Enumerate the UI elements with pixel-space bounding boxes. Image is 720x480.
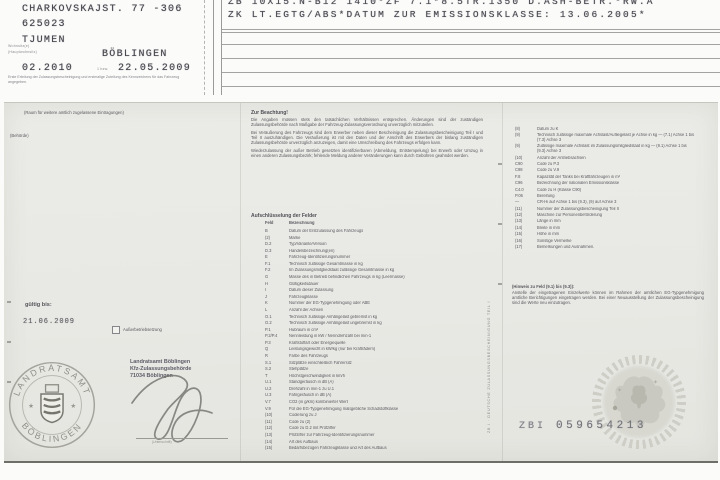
edge-mark	[7, 341, 11, 343]
field-row: V.9 Für die EG-Typgenehmigung maßgeblich…	[265, 407, 485, 412]
field-code: J	[265, 295, 289, 300]
field-row: (11) Code zu (2)	[265, 420, 485, 425]
field-row: B Datum der Erstzulassung des Fahrzeugs	[265, 229, 485, 234]
field-code: P.06	[515, 194, 537, 199]
field-description: Technisch zulässige Anhängelast ungebrem…	[289, 321, 485, 326]
remarks-line-2: ZK LT.EGTG/ABS*DATUM ZUR EMISSIONSKLASSE…	[228, 9, 647, 20]
field-code: O.1	[265, 315, 289, 320]
field-code: H	[265, 282, 289, 287]
field-description: CO2 (in g/km) kombinierter Wert	[289, 400, 485, 405]
field-description: Datum zu K	[537, 127, 695, 132]
field-row: D.2 Typ/Variante/Version	[265, 242, 485, 247]
field-description: Datum der Erstzulassung des Fahrzeugs	[289, 229, 485, 234]
field-description: Anzahl der Antriebsachsen	[537, 156, 695, 161]
field-description: Technisch zulässige Anhängelast gebremst…	[289, 315, 485, 320]
field-row: (11) Nummer der Zulassungsbescheinigung …	[515, 207, 695, 212]
field-description: Prüfziffer zur Fahrzeug-Identifizierungs…	[289, 433, 485, 438]
field-row: (17) Bemerkungen und Ausnahmen.	[515, 245, 695, 250]
fold-line-left	[240, 103, 241, 461]
field-row: Q Leistungsgewicht in kW/kg (nur bei Kra…	[265, 347, 485, 352]
axle-note-text: Anstelle der eingetragenen Einzelwerte k…	[512, 291, 704, 306]
field-description: Für die EG-Typgenehmigung maßgebliche Sc…	[289, 407, 485, 412]
field-description: Maschine zur Personenbeförderung	[537, 213, 695, 218]
field-description: Fahrgeräusch in dB (A)	[289, 393, 485, 398]
signature: (Unterschrift)	[128, 367, 228, 447]
ruled-line	[222, 58, 720, 59]
date-month: 02.2010	[22, 63, 73, 74]
field-description: Gültigkeitsdauer	[289, 282, 485, 287]
field-label-residence: Wohnsitz(e)	[8, 44, 29, 48]
field-description: Datum dieser Zulassung	[289, 288, 485, 293]
field-description: Nennleistung in kW / Nenndrehzahl bei mi…	[289, 334, 485, 339]
field-row: (13) Prüfziffer zur Fahrzeug-Identifizie…	[265, 433, 485, 438]
field-code: V.7	[265, 400, 289, 405]
field-description: Handelsbezeichnung(en)	[289, 249, 485, 254]
field-code: (10)	[265, 413, 289, 418]
field-code: D.2	[265, 242, 289, 247]
field-description: Code zu V.9	[537, 168, 695, 173]
field-code: (16)	[515, 239, 537, 244]
field-row: F.2 Im Zulassungsmitgliedstaat zulässige…	[265, 268, 485, 273]
field-row: (14) Art des Aufbaus	[265, 440, 485, 445]
field-row: S.2 Stehplätze	[265, 367, 485, 372]
field-description: Nummer der Zulassungsbescheinigung Teil …	[537, 207, 695, 212]
field-code: I	[265, 288, 289, 293]
field-row: (10) Codierung zu J	[265, 413, 485, 418]
notice-paragraph: Bei Veräußerung des Fahrzeugs sind dem E…	[251, 131, 483, 146]
date-separator: 1 bzw.	[97, 67, 108, 71]
field-code: F.1	[265, 262, 289, 267]
field-row: (13) Länge in mm	[515, 219, 695, 224]
field-code: G	[265, 275, 289, 280]
field-description: Nummer der EG-Typgenehmigung oder ABE	[289, 301, 485, 306]
field-row: (12) Code zu D.2 mit Prüfziffer	[265, 426, 485, 431]
field-code: (8)	[515, 127, 537, 132]
embossed-seal: ✦ ✦	[592, 355, 686, 449]
field-description: Code zu D.2 mit Prüfziffer	[289, 426, 485, 431]
field-code: U.1	[265, 380, 289, 385]
field-code: B	[265, 229, 289, 234]
field-row: C90 Code zu P.3	[515, 162, 695, 167]
field-row: (12) Maschine zur Personenbeförderung	[515, 213, 695, 218]
field-description: Technisch zulässige maximale Achslast/Au…	[537, 133, 695, 142]
official-stamp: LANDRATSAMT BÖBLINGEN ★ ★	[6, 359, 98, 451]
fields-header-code: Feld	[265, 221, 289, 226]
field-row: P.2/P.4 Nennleistung in kW / Nenndrehzah…	[265, 334, 485, 339]
vertical-divider-1	[213, 0, 214, 95]
field-description: CR-Hi auf Achse 1 bis (9.3), (9) auf Ach…	[537, 200, 695, 205]
field-code: P.3	[265, 341, 289, 346]
field-code: P.2/P.4	[265, 334, 289, 339]
field-description: Im Zulassungsmitgliedstaat zulässige Ges…	[289, 268, 485, 273]
field-row: (9) Zulässige maximale Achslast im Zulas…	[515, 144, 695, 153]
field-row: (9) Technisch zulässige maximale Achslas…	[515, 133, 695, 142]
field-description: Code zu (2)	[289, 420, 485, 425]
field-row: (15) Bedarfsbezogen Fahrzeugklasse und A…	[265, 446, 485, 451]
field-row: (8) Datum zu K	[515, 127, 695, 132]
field-row: (16) Sonstige Vermerke	[515, 239, 695, 244]
field-row: F.8 Kapazität der Tanks bei Kraftfahrzeu…	[515, 175, 695, 180]
field-description: Standgeräusch in dB (A)	[289, 380, 485, 385]
field-row: D.3 Handelsbezeichnung(en)	[265, 249, 485, 254]
field-row: (10) Anzahl der Antriebsachsen	[515, 156, 695, 161]
field-code: Q	[265, 347, 289, 352]
field-description: Kapazität der Tanks bei Kraftfahrzeugen …	[537, 175, 695, 180]
svg-text:✦: ✦	[617, 387, 622, 394]
field-code: (11)	[265, 420, 289, 425]
field-row: S.1 Sitzplätze einschließlich Fahrersitz	[265, 361, 485, 366]
axle-note: (Hinweis zu Feld (9.1) bis (9.3)): Anste…	[512, 285, 704, 306]
field-description: Anzahl der Achsen	[289, 308, 485, 313]
field-code: (9)	[515, 133, 537, 142]
fields-table: B Datum der Erstzulassung des Fahrzeugs …	[265, 229, 485, 453]
field-description: Zulässige maximale Achslast im Zulassung…	[537, 144, 695, 153]
field-description: Länge in mm	[537, 219, 695, 224]
fields-header-name: Bezeichnung	[289, 221, 485, 226]
field-row: C96 Bezeichnung der nationalen Emissions…	[515, 181, 695, 186]
field-code: S.1	[265, 361, 289, 366]
field-row: P.3 Kraftstoffart oder Energiequelle	[265, 341, 485, 346]
field-code: C98	[515, 168, 537, 173]
notice-title: Zur Beachtung!	[251, 110, 288, 116]
field-code: S.2	[265, 367, 289, 372]
field-code: (10)	[515, 156, 537, 161]
field-row: C98 Code zu V.9	[515, 168, 695, 173]
field-description: Technisch zulässige Gesamtmasse in kg	[289, 262, 485, 267]
field-code: T	[265, 374, 289, 379]
remarks-line-1: ZB 10X15.N-B12 1410*ZF 7.1*8.5TR.1350 D.…	[228, 0, 655, 7]
fields-table-header: Feld Bezeichnung	[265, 221, 485, 227]
field-row: G Masse des in Betrieb befindlichen Fahr…	[265, 275, 485, 280]
field-description: Stehplätze	[289, 367, 485, 372]
ruled-line	[222, 44, 720, 45]
svg-text:✦: ✦	[653, 379, 658, 386]
field-description: Höchstgeschwindigkeit in km/h	[289, 374, 485, 379]
axle-note-title: (Hinweis zu Feld (9.1) bis (9.3)):	[512, 285, 704, 290]
field-code: (2)	[265, 236, 289, 241]
field-code: C90	[515, 162, 537, 167]
field-code: (11)	[515, 207, 537, 212]
field-row: T Höchstgeschwindigkeit in km/h	[265, 374, 485, 379]
field-row: U.3 Fahrgeräusch in dB (A)	[265, 393, 485, 398]
field-description: Codierung zu J	[289, 413, 485, 418]
owner-footnote: Erste Erteilung der Zulassungsbescheinig…	[8, 75, 198, 84]
field-row: I Datum dieser Zulassung	[265, 288, 485, 293]
field-code: V.9	[265, 407, 289, 412]
field-code: —	[515, 200, 537, 205]
field-description: Farbe des Fahrzeugs	[289, 354, 485, 359]
notice-paragraphs: Die Angaben müssen stets den tatsächlich…	[251, 118, 483, 162]
field-description: Bereifung	[537, 194, 695, 199]
field-row: V.7 CO2 (in g/km) kombinierter Wert	[265, 400, 485, 405]
field-description: Sonstige Vermerke	[537, 239, 695, 244]
field-description: Bedarfsbezogen Fahrzeugklasse und Art de…	[289, 446, 485, 451]
field-description: Hubraum in cm³	[289, 328, 485, 333]
field-code: K	[265, 301, 289, 306]
field-row: O.1 Technisch zulässige Anhängelast gebr…	[265, 315, 485, 320]
issuing-city: BÖBLINGEN	[102, 49, 168, 60]
fields-table-continued: (8) Datum zu K (9) Technisch zulässige m…	[515, 127, 695, 251]
field-row: O.2 Technisch zulässige Anhängelast unge…	[265, 321, 485, 326]
field-row: — CR-Hi auf Achse 1 bis (9.3), (9) auf A…	[515, 200, 695, 205]
field-row: (14) Breite in mm	[515, 226, 695, 231]
field-description: Breite in mm	[537, 226, 695, 231]
field-code: (12)	[265, 426, 289, 431]
field-description: Marke	[289, 236, 485, 241]
signature-icon	[128, 367, 228, 447]
field-row: F.1 Technisch zulässige Gesamtmasse in k…	[265, 262, 485, 267]
fields-title: Aufschlüsselung der Felder	[251, 213, 317, 219]
field-row: (15) Höhe in mm	[515, 232, 695, 237]
svg-text:★: ★	[70, 403, 76, 410]
decommission-checkbox-label: Außerbetriebsetzung	[123, 328, 162, 333]
field-code: (15)	[515, 232, 537, 237]
field-description: Leistungsgewicht in kW/kg (nur bei Kraft…	[289, 347, 485, 352]
serial-prefix: ZBI	[519, 421, 546, 432]
field-code: (12)	[515, 213, 537, 218]
authority-line-1: Landratsamt Böblingen	[130, 359, 191, 366]
field-code: (9)	[515, 144, 537, 153]
field-code: D.3	[265, 249, 289, 254]
field-code: (14)	[515, 226, 537, 231]
field-row: P.1 Hubraum in cm³	[265, 328, 485, 333]
field-code: L	[265, 308, 289, 313]
field-description: Fahrzeug-Identifizierungsnummer	[289, 255, 485, 260]
field-description: Drehzahl in min-1 zu U.1	[289, 387, 485, 392]
field-row: P.06 Bereifung	[515, 194, 695, 199]
field-description: Bezeichnung der nationalen Emissionsklas…	[537, 181, 695, 186]
owner-address: CHARKOVSKAJST. 77 -306	[22, 4, 183, 15]
field-row: (2) Marke	[265, 236, 485, 241]
edge-mark	[498, 223, 502, 225]
field-code: P.1	[265, 328, 289, 333]
field-description: Typ/Variante/Version	[289, 242, 485, 247]
valid-until-date: 21.06.2009	[23, 318, 75, 326]
signature-label: (Unterschrift)	[152, 440, 172, 444]
field-row: L Anzahl der Achsen	[265, 308, 485, 313]
field-row: U.1 Standgeräusch in dB (A)	[265, 380, 485, 385]
field-row: E Fahrzeug-Identifizierungsnummer	[265, 255, 485, 260]
field-code: C4.0	[515, 188, 537, 193]
field-description: Höhe in mm	[537, 232, 695, 237]
fold-line-right	[502, 103, 503, 461]
field-code: (13)	[515, 219, 537, 224]
notice-paragraph: Wiederzulassung der außer Betrieb gesetz…	[251, 149, 483, 159]
field-code: U.2	[265, 387, 289, 392]
side-vertical-text: ZB I · DEUTSCHE ZULASSUNGSBESCHEINIGUNG …	[487, 223, 491, 433]
edge-mark	[498, 163, 502, 165]
field-description: Bemerkungen und Ausnahmen.	[537, 245, 695, 250]
field-description: Masse des in Betrieb befindlichen Fahrze…	[289, 275, 485, 280]
owner-block: CHARKOVSKAJST. 77 -306 625023 TJUMEN Woh…	[0, 0, 210, 98]
field-description: Sitzplätze einschließlich Fahrersitz	[289, 361, 485, 366]
scanned-registration-document: CHARKOVSKAJST. 77 -306 625023 TJUMEN Woh…	[0, 0, 720, 480]
notice-paragraph: Die Angaben müssen stets den tatsächlich…	[251, 118, 483, 128]
serial-digits: 059654213	[556, 420, 647, 432]
field-code: F.2	[265, 268, 289, 273]
ruled-line	[222, 86, 720, 87]
field-row: J Fahrzeugklasse	[265, 295, 485, 300]
field-code: (17)	[515, 245, 537, 250]
ruled-line	[222, 72, 720, 73]
ruled-line	[222, 32, 720, 33]
field-row: H Gültigkeitsdauer	[265, 282, 485, 287]
decommission-checkbox	[112, 326, 120, 334]
field-code: (13)	[265, 433, 289, 438]
svg-text:★: ★	[28, 403, 34, 410]
certificate-scan: (Raum für weitere amtlich zugelassene Ei…	[4, 102, 718, 463]
ruled-line	[222, 29, 720, 30]
stamp-seal-icon: LANDRATSAMT BÖBLINGEN ★ ★	[6, 359, 98, 451]
field-description: Code zu P.3	[537, 162, 695, 167]
edge-mark	[498, 283, 502, 285]
field-code: C96	[515, 181, 537, 186]
field-code: R	[265, 354, 289, 359]
document-serial-number: ZBI059654213	[519, 415, 647, 433]
signature-line	[136, 438, 228, 439]
field-row: R Farbe des Fahrzeugs	[265, 354, 485, 359]
owner-postal-code: 625023	[22, 19, 66, 30]
vertical-divider-dashed	[204, 0, 205, 95]
field-code: U.3	[265, 393, 289, 398]
field-description: Art des Aufbaus	[289, 440, 485, 445]
field-code: E	[265, 255, 289, 260]
field-row: C4.0 Code zu H (Klasse C90)	[515, 188, 695, 193]
field-label-main-residence: (Hauptwohnsitz)	[8, 50, 37, 54]
field-row: U.2 Drehzahl in min-1 zu U.1	[265, 387, 485, 392]
field-description: Fahrzeugklasse	[289, 295, 485, 300]
field-code: O.2	[265, 321, 289, 326]
entries-space-note: (Raum für weitere amtlich zugelassene Ei…	[24, 111, 124, 116]
field-row: K Nummer der EG-Typgenehmigung oder ABE	[265, 301, 485, 306]
valid-until-label: gültig bis:	[25, 302, 52, 308]
field-code: (15)	[265, 446, 289, 451]
field-code: F.8	[515, 175, 537, 180]
edge-mark	[7, 301, 11, 303]
field-description: Code zu H (Klasse C90)	[537, 188, 695, 193]
behoerde-label: (Behörde)	[10, 134, 29, 139]
field-description: Kraftstoffart oder Energiequelle	[289, 341, 485, 346]
field-code: (14)	[265, 440, 289, 445]
date-full: 22.05.2009	[118, 63, 191, 74]
remarks-block: ZB 10X15.N-B12 1410*ZF 7.1*8.5TR.1350 D.…	[222, 0, 720, 98]
